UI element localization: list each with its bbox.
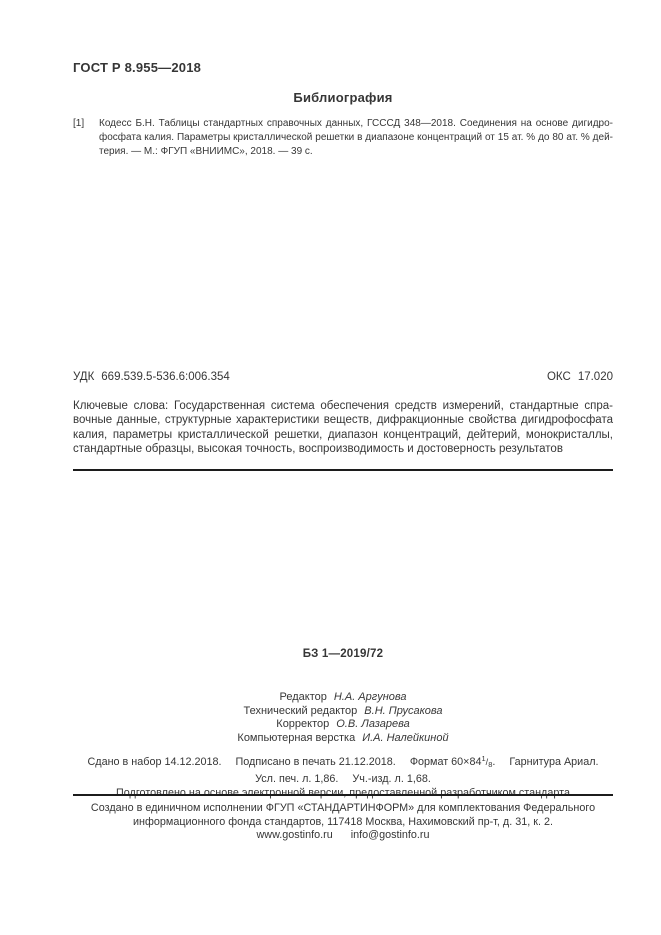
- staff-line: РедакторН.А. Аргунова: [73, 691, 613, 705]
- publisher-line: Создано в единичном исполнении ФГУП «СТА…: [73, 802, 613, 816]
- document-page: ГОСТ Р 8.955—2018 Библиография [1] Кодес…: [0, 0, 661, 935]
- staff-name: Н.А. Аргунова: [334, 691, 407, 703]
- staff-role: Компьютерная верстка: [237, 732, 355, 744]
- bibliography-item-marker: [1]: [73, 117, 99, 158]
- horizontal-divider-top: [73, 469, 613, 471]
- publisher-contacts: www.gostinfo.ruinfo@gostinfo.ru: [73, 829, 613, 843]
- staff-line: Компьютерная версткаИ.А. Налейкиной: [73, 732, 613, 746]
- udk-label: УДК: [73, 371, 94, 383]
- staff-line: Технический редакторВ.Н. Прусакова: [73, 705, 613, 719]
- publisher-website: www.gostinfo.ru: [256, 829, 332, 841]
- imprint-block: Сдано в набор 14.12.2018.Подписано в печ…: [73, 752, 613, 800]
- issue-code: БЗ 1—2019/72: [73, 648, 613, 660]
- staff-role: Технический редактор: [243, 705, 357, 717]
- imprint-line-sheets: Усл. печ. л. 1,86.Уч.-изд. л. 1,68.: [73, 772, 613, 786]
- publisher-email: info@gostinfo.ru: [351, 829, 430, 841]
- bibliography-line: терия. — М.: ФГУП «ВНИИМС», 2018. — 39 с…: [99, 145, 613, 159]
- udk-value: 669.539.5-536.6:006.354: [101, 371, 230, 383]
- paper-format: Формат 60×841/8.: [410, 756, 496, 768]
- horizontal-divider-bottom: [73, 794, 613, 796]
- imprint-source-note: Подготовлено на основе электронной верси…: [73, 786, 613, 800]
- printed-sheets: Усл. печ. л. 1,86.: [255, 773, 338, 785]
- bibliography-item-text: Кодесс Б.Н. Таблицы стандартных справочн…: [99, 117, 613, 158]
- publisher-line: информационного фонда стандартов, 117418…: [73, 816, 613, 830]
- bibliography-section-title: Библиография: [73, 90, 613, 105]
- keywords-line: вочные данные, структурные характеристик…: [73, 413, 613, 427]
- staff-name: В.Н. Прусакова: [364, 705, 442, 717]
- classification-row: УДК669.539.5-536.6:006.354 ОКС17.020: [73, 371, 613, 383]
- staff-name: И.А. Налейкиной: [362, 732, 448, 744]
- typeface-name: Гарнитура Ариал.: [509, 756, 598, 768]
- keywords-paragraph: Ключевые слова: Государственная система …: [73, 399, 613, 457]
- imprint-line-dates-format: Сдано в набор 14.12.2018.Подписано в печ…: [73, 752, 613, 772]
- staff-name: О.В. Лазарева: [336, 718, 409, 730]
- udk-code: УДК669.539.5-536.6:006.354: [73, 371, 230, 383]
- staff-role: Редактор: [280, 691, 327, 703]
- publisher-sheets: Уч.-изд. л. 1,68.: [352, 773, 430, 785]
- publisher-block: Создано в единичном исполнении ФГУП «СТА…: [73, 802, 613, 843]
- typeset-date: Сдано в набор 14.12.2018.: [87, 756, 221, 768]
- oks-label: ОКС: [547, 371, 571, 383]
- keywords-line: стандартные образцы, высокая точность, в…: [73, 442, 613, 456]
- bibliography-item: [1] Кодесс Б.Н. Таблицы стандартных спра…: [73, 117, 613, 158]
- oks-code: ОКС17.020: [547, 371, 613, 383]
- staff-credits: РедакторН.А. Аргунова Технический редакт…: [73, 691, 613, 746]
- print-date: Подписано в печать 21.12.2018.: [236, 756, 396, 768]
- bibliography-line: Кодесс Б.Н. Таблицы стандартных справочн…: [99, 117, 613, 131]
- oks-value: 17.020: [578, 371, 613, 383]
- standard-reference-header: ГОСТ Р 8.955—2018: [73, 60, 613, 75]
- keywords-line: Ключевые слова: Государственная система …: [73, 399, 613, 413]
- keywords-line: калия, параметры кристаллической решетки…: [73, 428, 613, 442]
- staff-line: КорректорО.В. Лазарева: [73, 718, 613, 732]
- bibliography-line: фосфата калия. Параметры кристаллической…: [99, 131, 613, 145]
- staff-role: Корректор: [276, 718, 329, 730]
